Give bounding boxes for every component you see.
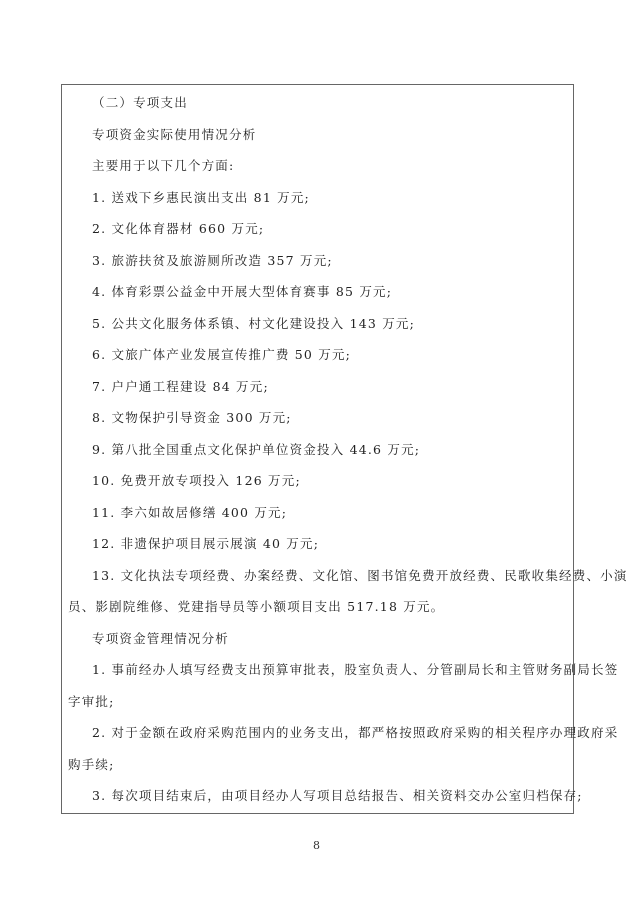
- list-item-13-line1: 13. 文化执法专项经费、办案经费、文化馆、图书馆免费开放经费、民歌收集经费、小…: [92, 568, 628, 584]
- mgmt-p1-line2: 字审批;: [68, 694, 115, 710]
- list-item: 1. 送戏下乡惠民演出支出 81 万元;: [92, 190, 310, 206]
- list-item: 12. 非遗保护项目展示展演 40 万元;: [92, 536, 319, 552]
- list-item: 7. 户户通工程建设 84 万元;: [92, 379, 269, 395]
- list-item: 4. 体育彩票公益金中开展大型体育赛事 85 万元;: [92, 284, 392, 300]
- mgmt-p1-line1: 1. 事前经办人填写经费支出预算审批表，股室负责人、分管副局长和主管财务副局长签: [92, 662, 618, 678]
- subheading-usage: 专项资金实际使用情况分析: [92, 127, 256, 143]
- list-item: 5. 公共文化服务体系镇、村文化建设投入 143 万元;: [92, 316, 415, 332]
- subheading-management: 专项资金管理情况分析: [92, 631, 229, 647]
- list-item: 10. 免费开放专项投入 126 万元;: [92, 473, 301, 489]
- intro-text: 主要用于以下几个方面:: [92, 158, 234, 174]
- section-heading: （二）专项支出: [92, 95, 188, 111]
- list-item: 8. 文物保护引导资金 300 万元;: [92, 410, 292, 426]
- mgmt-p3: 3. 每次项目结束后，由项目经办人写项目总结报告、相关资料交办公室归档保存;: [92, 788, 583, 804]
- mgmt-p2-line1: 2. 对于金额在政府采购范围内的业务支出，都严格按照政府采购的相关程序办理政府采: [92, 725, 618, 741]
- list-item: 6. 文旅广体产业发展宣传推广费 50 万元;: [92, 347, 351, 363]
- list-item: 9. 第八批全国重点文化保护单位资金投入 44.6 万元;: [92, 442, 420, 458]
- list-item: 11. 李六如故居修缮 400 万元;: [92, 505, 287, 521]
- page-number: 8: [313, 839, 320, 852]
- mgmt-p2-line2: 购手续;: [68, 757, 115, 773]
- list-item-13-line2: 员、影剧院维修、党建指导员等小额项目支出 517.18 万元。: [68, 599, 444, 615]
- list-item: 3. 旅游扶贫及旅游厕所改造 357 万元;: [92, 253, 333, 269]
- list-item: 2. 文化体育器材 660 万元;: [92, 221, 264, 237]
